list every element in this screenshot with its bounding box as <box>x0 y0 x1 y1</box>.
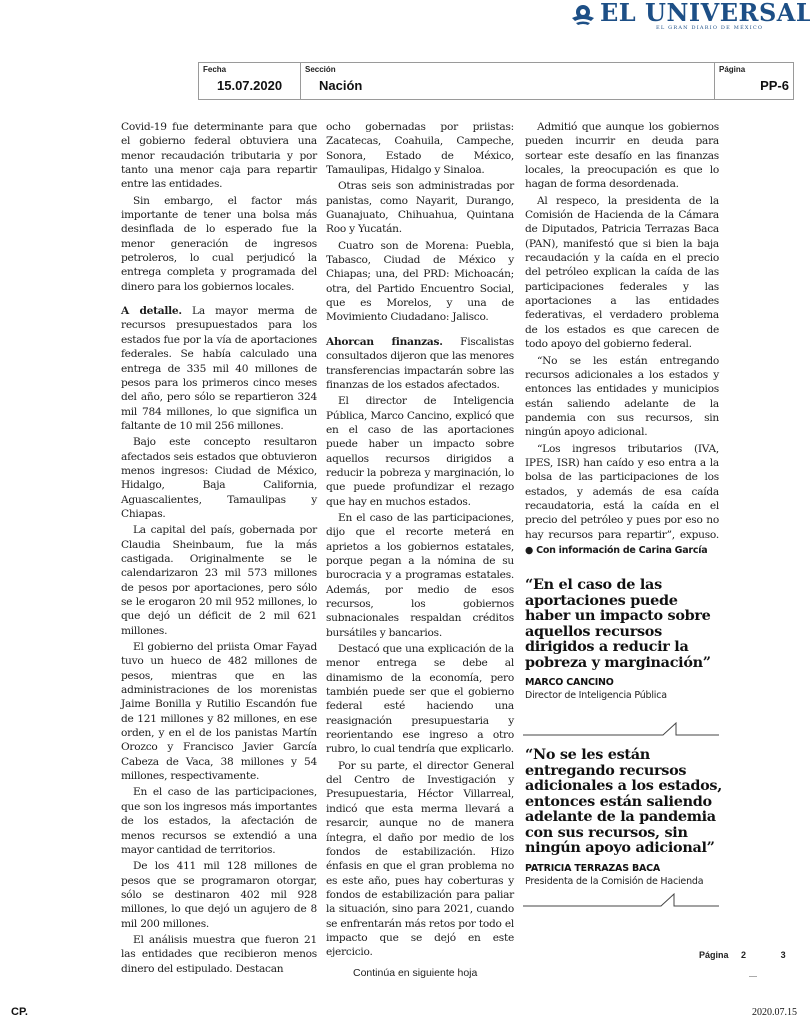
quote-divider-icon <box>523 892 719 908</box>
date-cell: Fecha 15.07.2020 <box>199 63 301 99</box>
pager-mark <box>749 976 757 977</box>
pull-quote-text: “En el caso de las aportaciones puede ha… <box>525 577 723 670</box>
paragraph: La capital del país, gobernada por Claud… <box>121 523 317 638</box>
pull-quote-author: MARCO CANCINO <box>525 677 723 688</box>
byline-credit: ● Con información de Carina García <box>525 545 707 556</box>
pager-current: 2 <box>741 950 746 960</box>
subhead: A detalle. <box>121 305 182 317</box>
paragraph: El director de Inteligencia Pública, Mar… <box>326 394 514 509</box>
newspaper-tagline: EL GRAN DIARIO DE MÉXICO <box>656 25 763 31</box>
article-column-3: Admitió que aunque los gobiernos pueden … <box>525 120 719 560</box>
paragraph: A detalle. La mayor merma de recursos pr… <box>121 304 317 433</box>
date-stamp: 2020.07.15 <box>752 1007 797 1018</box>
pager-label: Página <box>699 950 729 960</box>
paragraph: De los 411 mil 128 millones de pesos que… <box>121 859 317 931</box>
paragraph: En el caso de las participaciones, que s… <box>121 785 317 857</box>
paragraph: Al respeco, la presidenta de la Comisión… <box>525 194 719 352</box>
continue-note: Continúa en siguiente hoja <box>353 967 477 979</box>
paragraph: Por su parte, el director General del Ce… <box>326 759 514 960</box>
paragraph: El gobierno del priista Omar Fayad tuvo … <box>121 640 317 783</box>
pull-quote-author: PATRICIA TERRAZAS BACA <box>525 863 723 874</box>
newspaper-title: EL UNIVERSAL <box>600 0 810 27</box>
page-cell: Página PP-6 <box>715 63 793 99</box>
paragraph: Sin embargo, el factor más importante de… <box>121 194 317 294</box>
date-label: Fecha <box>203 65 226 74</box>
page-label: Página <box>719 65 745 74</box>
pull-quote-text: “No se les están entregando recursos adi… <box>525 747 723 856</box>
subhead: Ahorcan finanzas. <box>326 336 443 348</box>
page-indicator: Página 2 3 <box>699 950 786 960</box>
paragraph: “No se les están entregando recursos adi… <box>525 354 719 440</box>
paragraph: Cuatro son de Morena: Puebla, Tabasco, C… <box>326 239 514 325</box>
article-column-1: Covid-19 fue determinante para que el go… <box>121 120 317 978</box>
pull-quote: “No se les están entregando recursos adi… <box>525 747 723 887</box>
paragraph: Ahorcan finanzas. Fiscalistas consultado… <box>326 335 514 392</box>
paragraph: “Los ingresos tributarios (IVA, IPES, IS… <box>525 442 719 559</box>
paragraph: Otras seis son administradas por panista… <box>326 179 514 236</box>
date-value: 15.07.2020 <box>217 78 282 93</box>
paragraph: Bajo este concepto resultaron afectados … <box>121 435 317 521</box>
paragraph: Covid-19 fue determinante para que el go… <box>121 120 317 192</box>
masthead: EL UNIVERSAL EL GRAN DIARIO DE MÉXICO <box>568 0 810 36</box>
pull-quote-role: Presidenta de la Comisión de Hacienda <box>525 876 723 887</box>
section-label: Sección <box>305 65 336 74</box>
section-value: Nación <box>319 78 362 93</box>
paragraph: Admitió que aunque los gobiernos pueden … <box>525 120 719 192</box>
paragraph: En el caso de las participaciones, dijo … <box>326 511 514 640</box>
quote-divider-icon <box>523 721 719 737</box>
paragraph: El análisis muestra que fueron 21 las en… <box>121 933 317 976</box>
eagle-emblem-icon <box>570 2 596 28</box>
pull-quote: “En el caso de las aportaciones puede ha… <box>525 577 723 701</box>
pull-quote-role: Director de Inteligencia Pública <box>525 690 723 701</box>
pager-next: 3 <box>781 950 786 960</box>
section-cell: Sección Nación <box>301 63 715 99</box>
article-column-2: ocho gobernadas por priistas: Zacatecas,… <box>326 120 514 962</box>
clipping-header: Fecha 15.07.2020 Sección Nación Página P… <box>198 62 794 100</box>
paragraph: ocho gobernadas por priistas: Zacatecas,… <box>326 120 514 177</box>
paragraph: Destacó que una explicación de la menor … <box>326 642 514 757</box>
cp-label: CP. <box>11 1006 28 1018</box>
page-value: PP-6 <box>760 78 789 93</box>
